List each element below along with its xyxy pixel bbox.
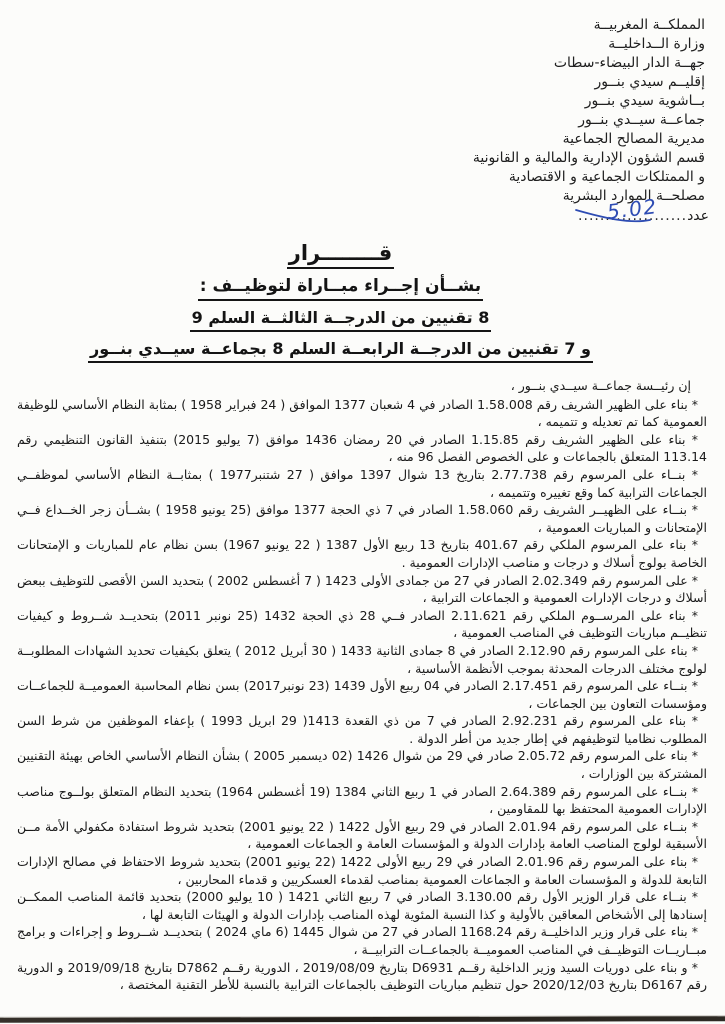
decree-preamble: إن رئيــسة جماعــة سيــدي بنــور ، * بنا… — [0, 369, 725, 994]
decree-clause: * بناء على المرسوم رقم 2.12.90 الصادر في… — [17, 642, 707, 677]
decree-clause: * بناء على المرسوم رقم 2.92.231 الصادر ف… — [17, 712, 707, 747]
decree-document-page: المملكــة المغربيــة وزارة الــداخليــة … — [0, 0, 725, 1024]
decree-clause: * بناء على المرسوم رقم 2.05.72 صادر في 2… — [17, 747, 707, 782]
letterhead-line-directorate: مديرية المصالح الجماعية — [0, 130, 705, 149]
title-grade4-line: و 7 تقنيين من الدرجــة الرابعــة السلم 8… — [0, 338, 703, 363]
decree-clause: * بناء على المرسوم رقم 2.01.96 الصادر في… — [17, 853, 707, 888]
decree-clause: * بناء على قرار وزير الداخليــة رقم 1168… — [17, 923, 707, 958]
doc-number-line: عدد....................5.02 — [0, 208, 725, 232]
decree-clause: * بناء على الظهير الشريف رقم 1.58.008 ال… — [17, 396, 707, 431]
doc-number-field: ....................5.02 — [578, 208, 687, 224]
decree-clause: * بنــاء على المرسوم رقم 2.77.738 بتاريخ… — [17, 466, 707, 501]
decree-clause: * بنــاء على المرسوم رقم 2.01.94 الصادر … — [17, 818, 707, 853]
decree-clause: * بناء على الظهير الشريف رقم 1.15.85 الص… — [17, 431, 707, 466]
decree-clause: * بنــاء على المرسوم رقم 2.64.389 الصادر… — [17, 783, 707, 818]
handwriting-flourish — [574, 209, 652, 224]
letterhead-line-division: قسم الشؤون الإدارية والمالية و القانونية — [0, 149, 705, 168]
letterhead-line-properties: و الممتلكات الجماعية و الاقتصادية — [0, 168, 705, 187]
decree-clause: * بنــاء على الظهيــر الشريف رقم 1.58.06… — [17, 501, 707, 536]
decree-title: قــــــــرار بشــأن إجــراء مبــاراة لتو… — [0, 240, 703, 363]
decree-clause: * بنــاء على قرار الوزير الأول رقم 3.130… — [17, 888, 707, 923]
decree-clause: * و بناء على دوريات السيد وزير الداخلية … — [17, 959, 707, 994]
letterhead-line-province: إقليــم سيدي بنــور — [0, 73, 705, 92]
title-subject-line: بشــأن إجــراء مبــاراة لتوظيــف : — [0, 275, 703, 301]
president-intro-line: إن رئيــسة جماعــة سيــدي بنــور ، — [17, 377, 707, 395]
letterhead-line-kingdom: المملكــة المغربيــة — [0, 16, 705, 35]
title-decision-word: قــــــــرار — [0, 240, 703, 269]
decree-clause: * على المرسوم رقم 2.02.349 الصادر في 27 … — [17, 572, 707, 607]
title-grade3-line: 8 تقنيين من الدرجــة الثالثــة السلم 9 — [0, 307, 703, 332]
letterhead: المملكــة المغربيــة وزارة الــداخليــة … — [0, 0, 725, 206]
letterhead-line-pashalik: بــاشوية سيدي بنــور — [0, 92, 705, 111]
decree-clause: * بناء على المرســوم الملكي رقم 2.11.621… — [17, 607, 707, 642]
decree-clause: * بناء على المرسوم الملكي رقم 401.67 بتا… — [17, 536, 707, 571]
scan-bottom-edge — [0, 1016, 725, 1023]
letterhead-line-region: جهــة الدار البيضاء-سطات — [0, 54, 705, 73]
letterhead-line-hr-service: مصلحــة الموارد البشرية — [0, 187, 705, 206]
letterhead-line-ministry: وزارة الــداخليــة — [0, 35, 705, 54]
doc-number-label: عدد — [687, 208, 709, 224]
letterhead-line-commune: جماعــة سيــدي بنــور — [0, 111, 705, 130]
decree-clause: * بنــاء على المرسوم رقم 2.17.451 الصادر… — [17, 677, 707, 712]
